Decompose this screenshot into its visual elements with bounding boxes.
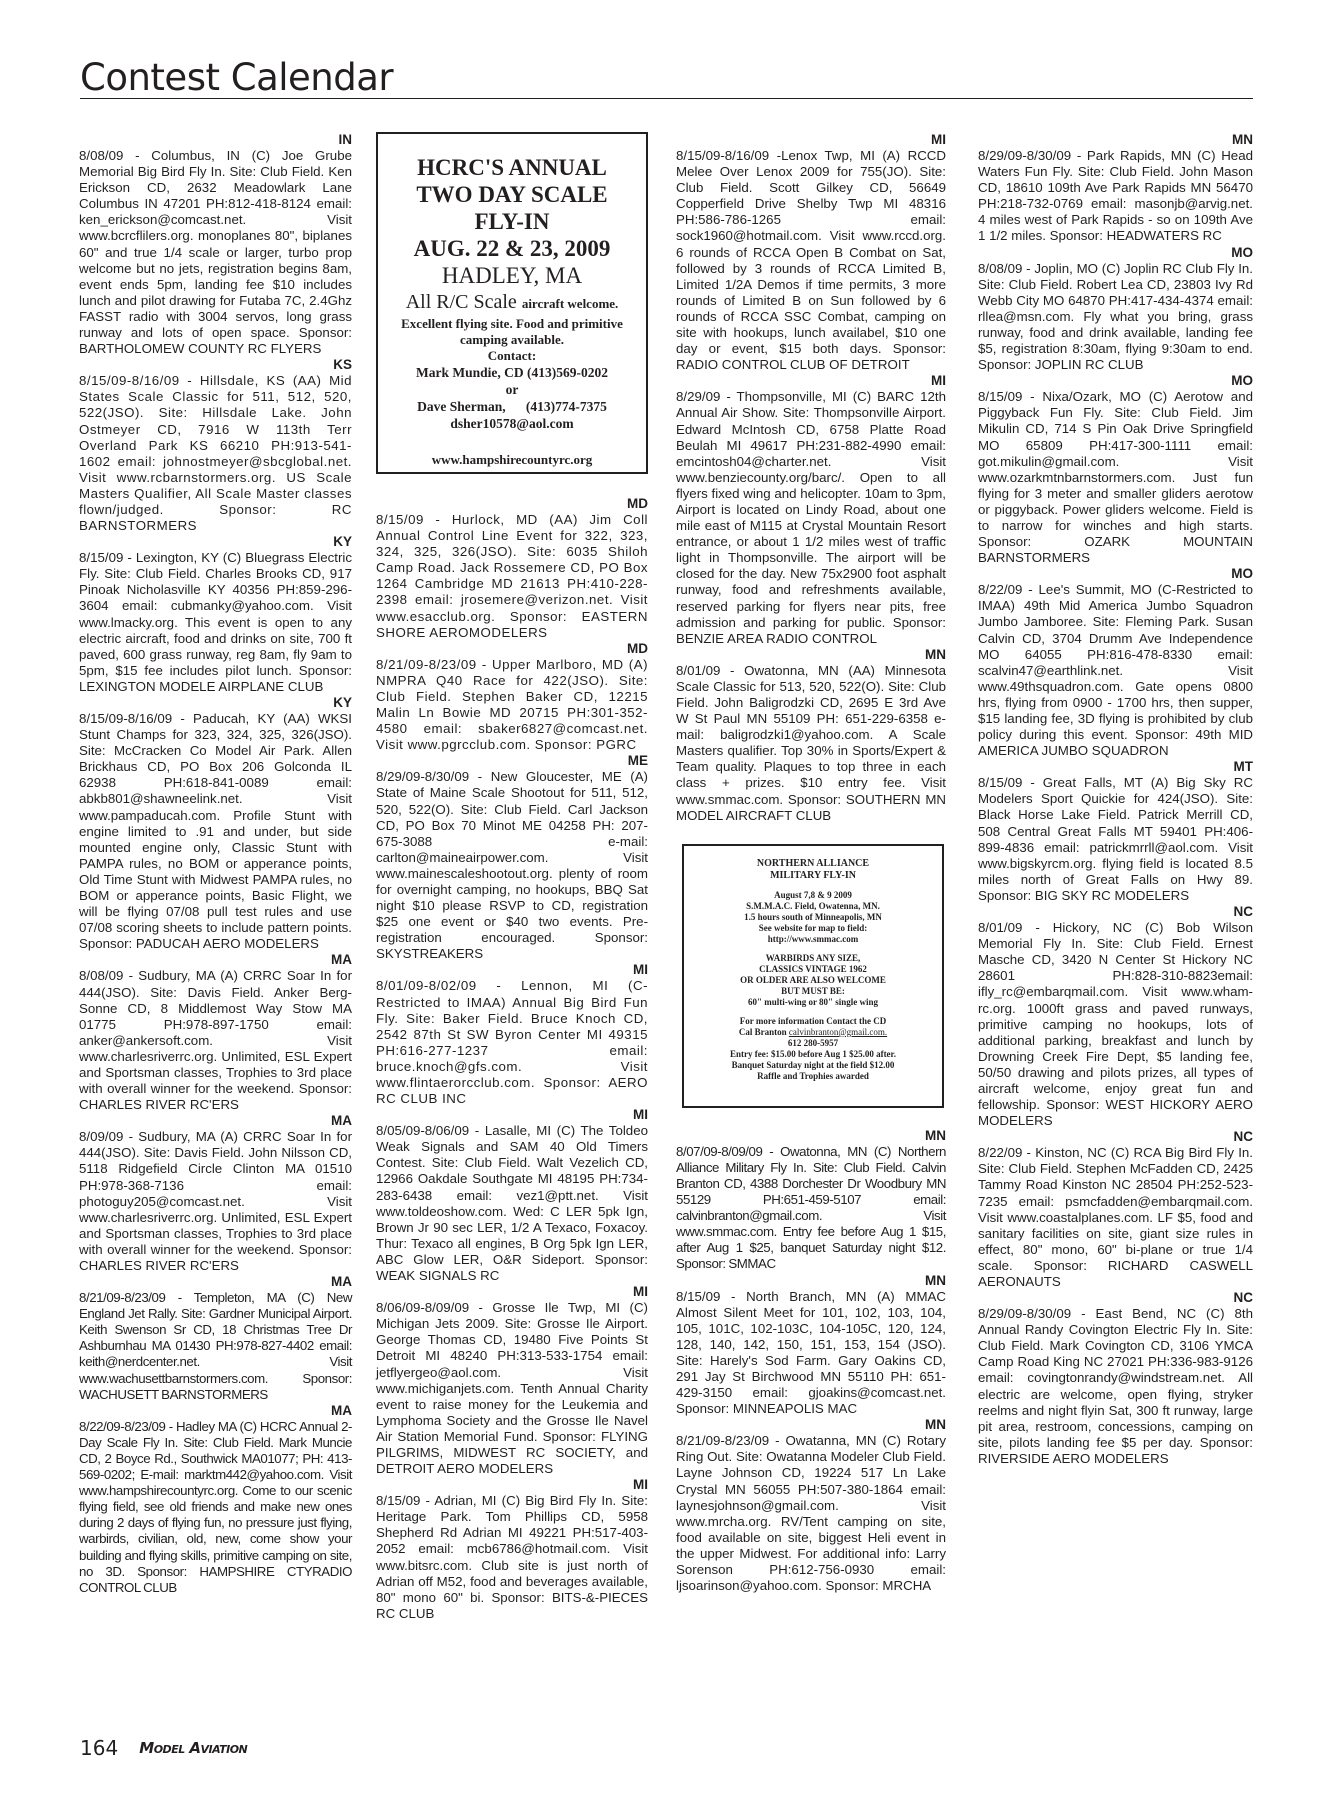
contest-entry: 8/22/09 - Lee's Summit, MO (C-Restricted… xyxy=(978,582,1253,759)
contest-entry: 8/21/09-8/23/09 - Owatanna, MN (C) Rotar… xyxy=(676,1433,946,1594)
state-header: MA xyxy=(79,1403,352,1419)
contest-entry: 8/06/09-8/09/09 - Grosse Ile Twp, MI (C)… xyxy=(376,1300,648,1477)
state-header: MN xyxy=(676,1128,946,1144)
ad-text: Banquet Saturday night at the field $12.… xyxy=(684,1060,942,1071)
ad-text: camping available. xyxy=(378,332,646,348)
contest-entry: 8/08/09 - Columbus, IN (C) Joe Grube Mem… xyxy=(79,148,352,357)
contest-entry: 8/22/09-8/23/09 - Hadley MA (C) HCRC Ann… xyxy=(79,1419,352,1596)
state-header: MO xyxy=(978,373,1253,389)
ad-contact: Cal Branton calvinbranton@gmail.com. xyxy=(684,1027,942,1038)
ad-text: August 7,8 & 9 2009 xyxy=(684,890,942,901)
calendar-column-1: IN 8/08/09 - Columbus, IN (C) Joe Grube … xyxy=(79,132,352,1596)
contest-entry: 8/15/09 - Great Falls, MT (A) Big Sky RC… xyxy=(978,775,1253,904)
state-header: MA xyxy=(79,1274,352,1290)
contest-entry: 8/15/09-8/16/09 - Hillsdale, KS (AA) Mid… xyxy=(79,373,352,534)
ad-or: or xyxy=(378,381,646,398)
contest-entry: 8/01/09 - Owatonna, MN (AA) Minnesota Sc… xyxy=(676,663,946,824)
state-header: IN xyxy=(79,132,352,148)
contest-entry: 8/21/09-8/23/09 - Upper Marlboro, MD (A)… xyxy=(376,657,648,754)
page-footer: 164 Model Aviation xyxy=(80,1736,247,1760)
state-header: KY xyxy=(79,534,352,550)
contest-entry: 8/15/09 - Nixa/Ozark, MO (C) Aerotow and… xyxy=(978,389,1253,566)
contest-entry: 8/15/09-8/16/09 -Lenox Twp, MI (A) RCCD … xyxy=(676,148,946,373)
ad-contact: Mark Mundie, CD (413)569-0202 xyxy=(378,364,646,381)
magazine-name: Model Aviation xyxy=(139,1739,247,1757)
contest-entry: 8/15/09 - North Branch, MN (A) MMAC Almo… xyxy=(676,1289,946,1418)
contest-entry: 8/08/09 - Joplin, MO (C) Joplin RC Club … xyxy=(978,261,1253,374)
contest-entry: 8/08/09 - Sudbury, MA (A) CRRC Soar In f… xyxy=(79,968,352,1113)
state-header: MI xyxy=(676,132,946,148)
contest-entry: 8/01/09-8/02/09 - Lennon, MI (C-Restrict… xyxy=(376,978,648,1107)
state-header: MA xyxy=(79,952,352,968)
state-header: MO xyxy=(978,245,1253,261)
ad-website: http://www.smmac.com xyxy=(684,934,942,945)
state-header: NC xyxy=(978,904,1253,920)
ad-headline: TWO DAY SCALE xyxy=(378,181,646,208)
state-header: MD xyxy=(376,641,648,657)
ad-headline: HCRC'S ANNUAL xyxy=(378,154,646,181)
contest-entry: 8/09/09 - Sudbury, MA (A) CRRC Soar In f… xyxy=(79,1129,352,1274)
calendar-column-3: MI 8/15/09-8/16/09 -Lenox Twp, MI (A) RC… xyxy=(676,132,946,1594)
ad-text: Raffle and Trophies awarded xyxy=(684,1071,942,1082)
ad-text: OR OLDER ARE ALSO WELCOME xyxy=(684,975,942,986)
ad-headline: NORTHERN ALLIANCE xyxy=(684,858,942,870)
ad-welcome-text: aircraft welcome. xyxy=(522,296,618,311)
ad-text: CLASSICS VINTAGE 1962 xyxy=(684,964,942,975)
northern-alliance-ad: NORTHERN ALLIANCE MILITARY FLY-IN August… xyxy=(682,844,944,1108)
contest-entry: 8/15/09 - Hurlock, MD (AA) Jim Coll Annu… xyxy=(376,512,648,641)
state-header: MO xyxy=(978,566,1253,582)
ad-location: HADLEY, MA xyxy=(378,262,646,290)
ad-email-link[interactable]: calvinbranton@gmail.com. xyxy=(789,1027,887,1037)
contest-entry: 8/29/09-8/30/09 - Park Rapids, MN (C) He… xyxy=(978,148,1253,245)
contest-entry: 8/22/09 - Kinston, NC (C) RCA Big Bird F… xyxy=(978,1145,1253,1290)
state-header: MI xyxy=(676,373,946,389)
contest-entry: 8/15/09 - Adrian, MI (C) Big Bird Fly In… xyxy=(376,1493,648,1622)
calendar-column-4: MN 8/29/09-8/30/09 - Park Rapids, MN (C)… xyxy=(978,132,1253,1467)
contest-entry: 8/01/09 - Hickory, NC (C) Bob Wilson Mem… xyxy=(978,920,1253,1129)
ad-text: For more information Contact the CD xyxy=(684,1016,942,1027)
ad-contact: Dave Sherman, (413)774-7375 xyxy=(378,398,646,415)
state-header: MN xyxy=(676,1417,946,1433)
ad-text: WARBIRDS ANY SIZE, xyxy=(684,953,942,964)
state-header: MN xyxy=(676,1273,946,1289)
ad-text: See website for map to field: xyxy=(684,923,942,934)
contest-entry: 8/29/09-8/30/09 - New Gloucester, ME (A)… xyxy=(376,769,648,962)
ad-website: www.hampshirecountyrc.org xyxy=(378,452,646,468)
ad-contact-label: Contact: xyxy=(378,348,646,364)
state-header: MI xyxy=(376,1107,648,1123)
state-header: NC xyxy=(978,1290,1253,1306)
contest-entry: 8/29/09-8/30/09 - East Bend, NC (C) 8th … xyxy=(978,1306,1253,1467)
hcrc-flyin-ad: HCRC'S ANNUAL TWO DAY SCALE FLY-IN AUG. … xyxy=(376,132,648,474)
ad-date: AUG. 22 & 23, 2009 xyxy=(378,235,646,262)
state-header: MI xyxy=(376,962,648,978)
ad-email: dsher10578@aol.com xyxy=(378,415,646,432)
ad-headline: MILITARY FLY-IN xyxy=(684,870,942,882)
state-header: MN xyxy=(978,132,1253,148)
ad-scale-text: All R/C Scale xyxy=(406,291,517,313)
state-header: MN xyxy=(676,647,946,663)
state-header: MT xyxy=(978,759,1253,775)
state-header: KS xyxy=(79,357,352,373)
ad-contact-name: Cal Branton xyxy=(739,1027,787,1037)
contest-entry: 8/05/09-8/06/09 - Lasalle, MI (C) The To… xyxy=(376,1123,648,1284)
state-header: NC xyxy=(978,1129,1253,1145)
contest-entry: 8/15/09-8/16/09 - Paducah, KY (AA) WKSI … xyxy=(79,711,352,952)
ad-text: 60" multi-wing or 80" single wing xyxy=(684,997,942,1008)
ad-headline: FLY-IN xyxy=(378,208,646,235)
contest-entry: 8/07/09-8/09/09 - Owatonna, MN (C) North… xyxy=(676,1144,946,1273)
page-title: Contest Calendar xyxy=(80,58,1253,99)
ad-text: S.M.M.A.C. Field, Owatenna, MN. xyxy=(684,901,942,912)
state-header: MI xyxy=(376,1284,648,1300)
state-header: MA xyxy=(79,1113,352,1129)
ad-scale-line: All R/C Scale aircraft welcome. xyxy=(378,290,646,316)
state-header: ME xyxy=(376,753,648,769)
ad-text: BUT MUST BE: xyxy=(684,986,942,997)
contest-entry: 8/29/09 - Thompsonville, MI (C) BARC 12t… xyxy=(676,389,946,647)
contest-entry: 8/21/09-8/23/09 - Templeton, MA (C) New … xyxy=(79,1290,352,1403)
ad-text: Entry fee: $15.00 before Aug 1 $25.00 af… xyxy=(684,1049,942,1060)
calendar-column-2: HCRC'S ANNUAL TWO DAY SCALE FLY-IN AUG. … xyxy=(376,132,648,1622)
ad-phone: 612 280-5957 xyxy=(684,1038,942,1049)
state-header: KY xyxy=(79,695,352,711)
state-header: MD xyxy=(376,496,648,512)
contest-entry: 8/15/09 - Lexington, KY (C) Bluegrass El… xyxy=(79,550,352,695)
ad-text: Excellent flying site. Food and primitiv… xyxy=(378,316,646,332)
state-header: MI xyxy=(376,1477,648,1493)
page-number: 164 xyxy=(80,1736,118,1760)
ad-text: 1.5 hours south of Minneapolis, MN xyxy=(684,912,942,923)
